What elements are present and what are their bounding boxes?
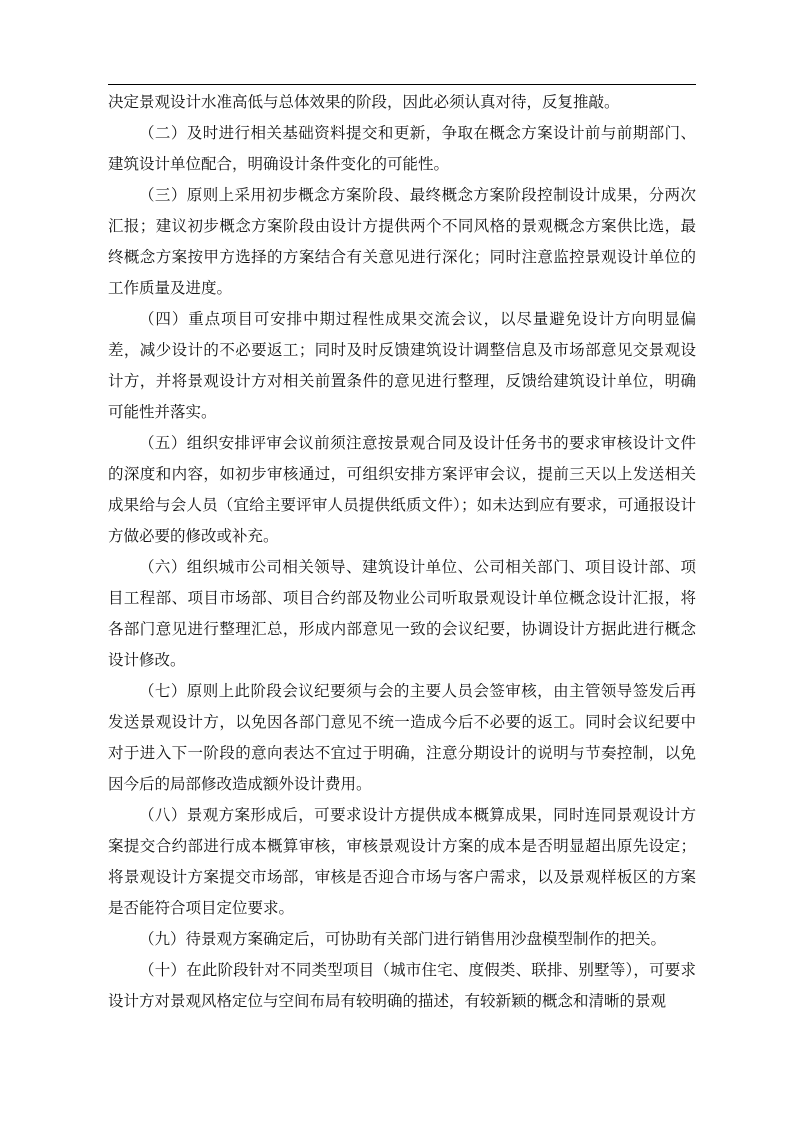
paragraph-item-4: （四）重点项目可安排中期过程性成果交流会议，以尽量避免设计方向明显偏差，减少设计…	[108, 304, 696, 428]
paragraph-item-3: （三）原则上采用初步概念方案阶段、最终概念方案阶段控制设计成果，分两次汇报；建议…	[108, 180, 696, 304]
paragraph-item-5: （五）组织安排评审会议前须注意按景观合同及设计任务书的要求审核设计文件的深度和内…	[108, 428, 696, 552]
paragraph-item-7: （七）原则上此阶段会议纪要须与会的主要人员会签审核，由主管领导签发后再发送景观设…	[108, 676, 696, 800]
paragraph-item-8: （八）景观方案形成后，可要求设计方提供成本概算成果，同时连同景观设计方案提交合约…	[108, 800, 696, 924]
paragraph-item-6: （六）组织城市公司相关领导、建筑设计单位、公司相关部门、项目设计部、项目工程部、…	[108, 552, 696, 676]
paragraph-item-10: （十）在此阶段针对不同类型项目（城市住宅、度假类、联排、别墅等），可要求设计方对…	[108, 955, 696, 1017]
header-rule	[108, 84, 696, 85]
paragraph-item-2: （二）及时进行相关基础资料提交和更新，争取在概念方案设计前与前期部门、建筑设计单…	[108, 118, 696, 180]
document-body: 决定景观设计水准高低与总体效果的阶段，因此必须认真对待，反复推敲。 （二）及时进…	[108, 87, 696, 1017]
paragraph-item-9: （九）待景观方案确定后，可协助有关部门进行销售用沙盘模型制作的把关。	[108, 924, 696, 955]
document-page: 决定景观设计水准高低与总体效果的阶段，因此必须认真对待，反复推敲。 （二）及时进…	[108, 84, 696, 1017]
paragraph-continued: 决定景观设计水准高低与总体效果的阶段，因此必须认真对待，反复推敲。	[108, 87, 696, 118]
